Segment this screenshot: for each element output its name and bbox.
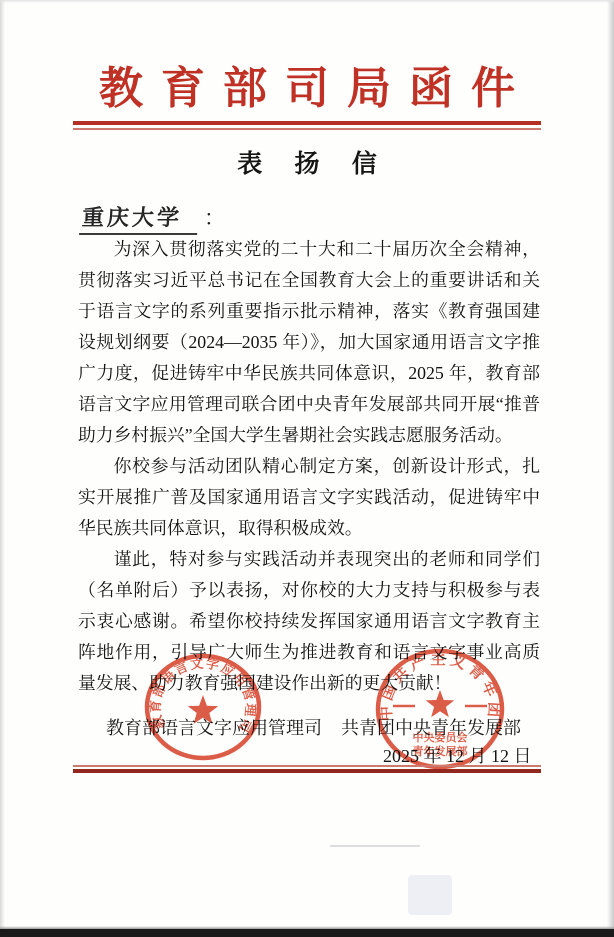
letterhead-title: 教育部司局函件 xyxy=(0,52,614,116)
footer-rule-thick-line xyxy=(73,769,541,773)
letter-body: 为深入贯彻落实党的二十大和二十届历次全会精神，贯彻落实习近平总书记在全国教育大会… xyxy=(78,234,540,699)
footer-double-rule xyxy=(73,765,541,773)
seal-inner-line1: 中央委员会 xyxy=(413,730,468,744)
scan-edge-bottom xyxy=(0,929,614,937)
scan-edge-left xyxy=(0,0,5,937)
scan-artifact xyxy=(408,875,452,915)
star-icon xyxy=(426,690,455,717)
moe-department-seal: 教育部语言文字应用管理司 xyxy=(141,649,265,767)
paragraph: 你校参与活动团队精心制定方案，创新设计形式，扎实开展推广普及国家通用语言文字实践… xyxy=(78,451,540,544)
letter-title: 表 扬 信 xyxy=(0,144,614,180)
cyl-department-seal: 中国共产主义青年团 中央委员会 青年发展部 xyxy=(373,646,507,772)
scanned-letter-page: 教育部司局函件 表 扬 信 重庆大学： 为深入贯彻落实党的二十大和二十届历次全会… xyxy=(0,0,614,937)
recipient-line: 重庆大学： xyxy=(80,201,225,235)
seal-inner-line2: 青年发展部 xyxy=(413,744,468,758)
recipient-name-handwritten: 重庆大学 xyxy=(79,201,199,235)
header-double-rule xyxy=(73,121,541,130)
scan-edge-right xyxy=(607,0,614,937)
paragraph: 为深入贯彻落实党的二十大和二十届历次全会精神，贯彻落实习近平总书记在全国教育大会… xyxy=(78,234,540,451)
star-icon xyxy=(188,695,218,724)
scan-artifact xyxy=(330,845,420,847)
scan-edge-top xyxy=(0,0,614,3)
header-rule-thin-line xyxy=(73,128,541,130)
recipient-colon: ： xyxy=(204,206,225,230)
